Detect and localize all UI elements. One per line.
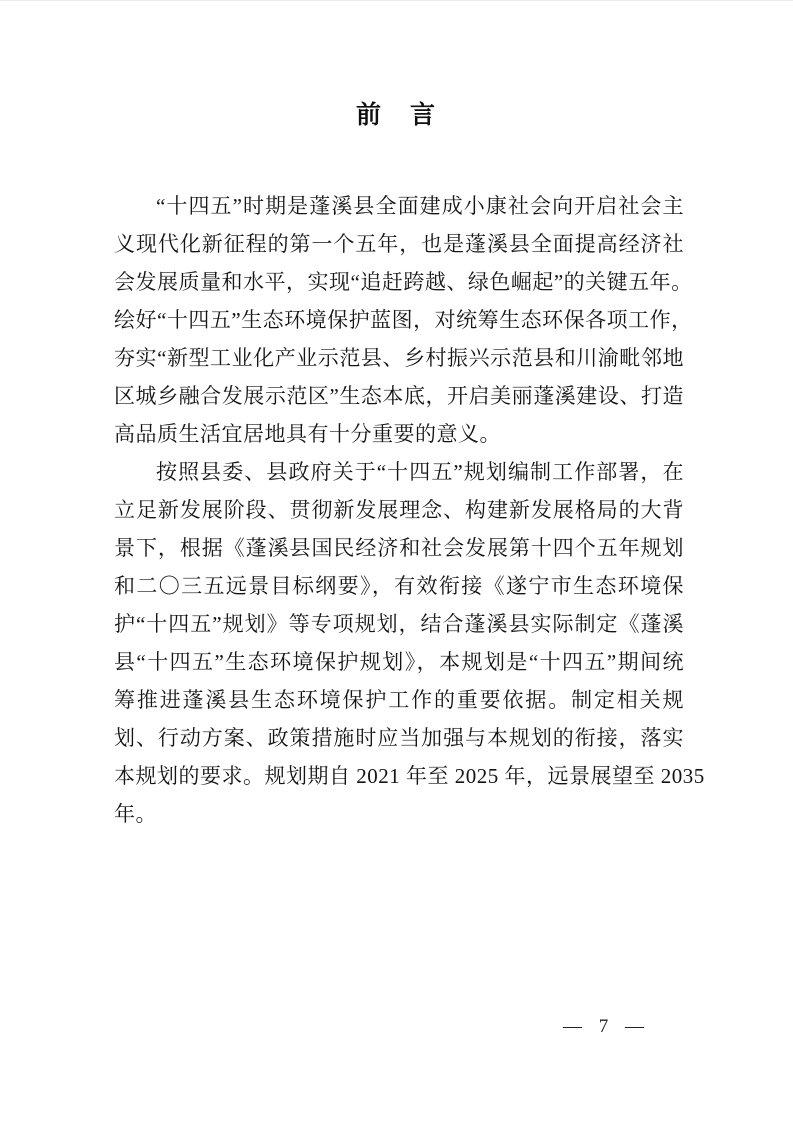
text-line: 年。 bbox=[114, 795, 684, 833]
page-number: — 7 — bbox=[563, 1016, 650, 1038]
text-line: 义现代化新征程的第一个五年，也是蓬溪县全面提高经济社 bbox=[114, 225, 684, 263]
paragraph: “十四五”时期是蓬溪县全面建成小康社会向开启社会主义现代化新征程的第一个五年，也… bbox=[114, 187, 684, 453]
text-line: “十四五”时期是蓬溪县全面建成小康社会向开启社会主 bbox=[114, 187, 684, 225]
text-line: 按照县委、县政府关于“十四五”规划编制工作部署，在 bbox=[114, 453, 684, 491]
text-line: 景下，根据《蓬溪县国民经济和社会发展第十四个五年规划 bbox=[114, 529, 684, 567]
page-title: 前 言 bbox=[0, 99, 793, 133]
document-page: 前 言 “十四五”时期是蓬溪县全面建成小康社会向开启社会主义现代化新征程的第一个… bbox=[0, 0, 793, 1122]
text-line: 本规划的要求。规划期自 2021 年至 2025 年，远景展望至 2035 bbox=[114, 757, 684, 795]
text-line: 绘好“十四五”生态环境保护蓝图，对统筹生态环保各项工作， bbox=[114, 301, 684, 339]
text-line: 立足新发展阶段、贯彻新发展理念、构建新发展格局的大背 bbox=[114, 491, 684, 529]
text-line: 夯实“新型工业化产业示范县、乡村振兴示范县和川渝毗邻地 bbox=[114, 339, 684, 377]
text-line: 县“十四五”生态环境保护规划》，本规划是“十四五”期间统 bbox=[114, 643, 684, 681]
text-line: 筹推进蓬溪县生态环境保护工作的重要依据。制定相关规 bbox=[114, 681, 684, 719]
text-line: 和二〇三五远景目标纲要》，有效衔接《遂宁市生态环境保 bbox=[114, 567, 684, 605]
text-line: 区城乡融合发展示范区”生态本底，开启美丽蓬溪建设、打造 bbox=[114, 377, 684, 415]
document-body: “十四五”时期是蓬溪县全面建成小康社会向开启社会主义现代化新征程的第一个五年，也… bbox=[114, 187, 684, 833]
text-line: 护“十四五”规划》等专项规划，结合蓬溪县实际制定《蓬溪 bbox=[114, 605, 684, 643]
text-line: 会发展质量和水平，实现“追赶跨越、绿色崛起”的关键五年。 bbox=[114, 263, 684, 301]
paragraph: 按照县委、县政府关于“十四五”规划编制工作部署，在立足新发展阶段、贯彻新发展理念… bbox=[114, 453, 684, 833]
text-line: 高品质生活宜居地具有十分重要的意义。 bbox=[114, 415, 684, 453]
text-line: 划、行动方案、政策措施时应当加强与本规划的衔接，落实 bbox=[114, 719, 684, 757]
